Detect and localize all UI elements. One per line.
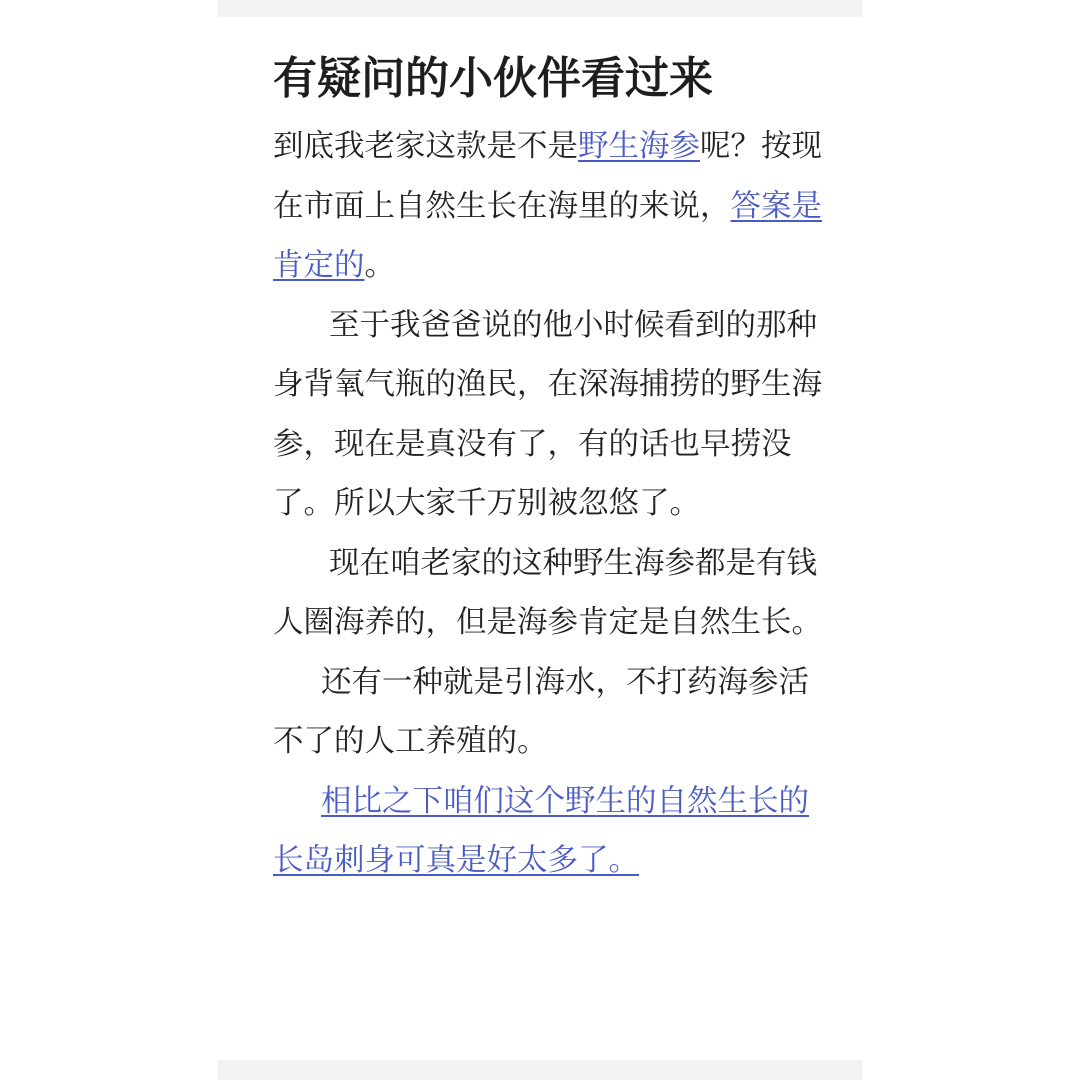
article-title: 有疑问的小伙伴看过来 [273, 46, 823, 112]
bottom-divider-band [218, 1060, 862, 1080]
paragraph-1: 到底我老家这款是不是野生海参呢？按现在市面上自然生长在海里的来说，答案是肯定的。 [273, 117, 823, 296]
article: 有疑问的小伙伴看过来 到底我老家这款是不是野生海参呢？按现在市面上自然生长在海里… [273, 46, 823, 891]
link-wild-sea-cucumber[interactable]: 野生海参 [578, 129, 700, 164]
top-divider-band [218, 0, 862, 17]
paragraph-4: 还有一种就是引海水，不打药海参活不了的人工养殖的。 [273, 653, 823, 772]
paragraph-3: 现在咱老家的这种野生海参都是有钱人圈海养的，但是海参肯定是自然生长。 [273, 534, 823, 653]
paragraph-text: 还有一种就是引海水，不打药海参活不了的人工养殖的。 [273, 665, 809, 760]
paragraph-2: 至于我爸爸说的他小时候看到的那种身背氧气瓶的渔民，在深海捕捞的野生海参，现在是真… [273, 296, 823, 534]
paragraph-text: 至于我爸爸说的他小时候看到的那种身背氧气瓶的渔民，在深海捕捞的野生海参，现在是真… [273, 308, 822, 522]
page-column: 有疑问的小伙伴看过来 到底我老家这款是不是野生海参呢？按现在市面上自然生长在海里… [218, 0, 862, 1080]
paragraph-text: 现在咱老家的这种野生海参都是有钱人圈海养的，但是海参肯定是自然生长。 [273, 546, 822, 641]
paragraph-5: 相比之下咱们这个野生的自然生长的长岛刺身可真是好太多了。 [273, 772, 823, 891]
link-changdao-sashimi[interactable]: 相比之下咱们这个野生的自然生长的长岛刺身可真是好太多了。 [273, 784, 809, 879]
paragraph-text: 到底我老家这款是不是 [273, 129, 578, 164]
paragraph-text: 。 [365, 248, 396, 283]
